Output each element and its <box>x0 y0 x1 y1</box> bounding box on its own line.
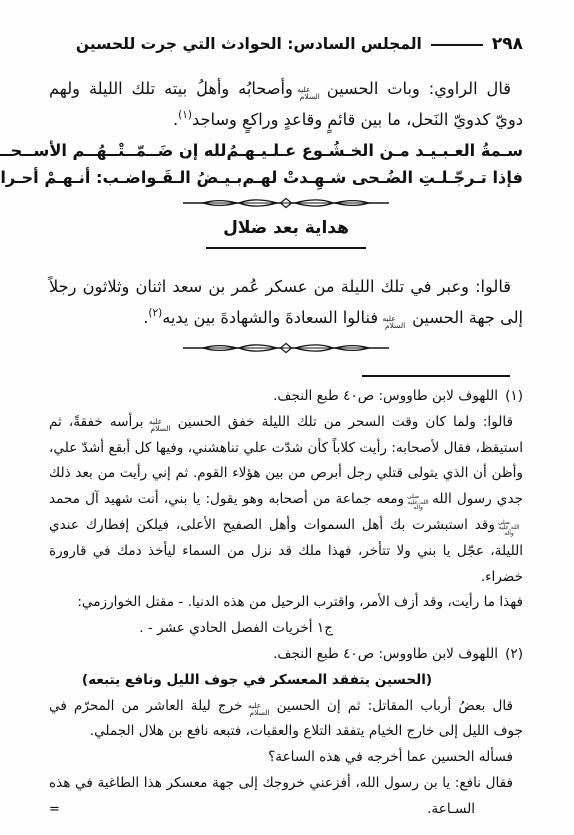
poem-line-2: فإذا تـرجّـلـتِ الضُـحى شـهِـدتْ لهـم بـ… <box>49 164 523 191</box>
footnote-1-marker: (١) <box>505 388 523 404</box>
ornamental-divider-top <box>49 196 523 210</box>
continuation-mark: = <box>49 797 60 823</box>
honorific-salawat-stamp: صلى الله عليه وآله <box>498 520 520 537</box>
footnote-2-answer: فقال نافع: يا بن رسول الله، أفزعني خروجك… <box>49 771 523 797</box>
poem-line-1: سـمةُ العـبـيـد مـن الخـشُـوع عـلـيـهـمُ… <box>49 137 523 164</box>
footnote-1-closing: فهذا ما رأيت، وقد أزف الأمر، واقترب الرح… <box>49 590 523 616</box>
footnote-2-source: اللهوف لابن طاووس: ص٤٠ طبع النجف. <box>273 646 498 662</box>
ornament-chain-icon <box>181 341 391 355</box>
page-header: ٢٩٨ المجلس السادس: الحوادث التي جرت للحس… <box>49 34 523 54</box>
ornamental-divider-bottom <box>49 341 523 355</box>
footnote-1-citation: ج١ أخريات الفصل الحادي عشر - . <box>49 616 523 642</box>
footnote-ref-1: (١) <box>178 109 192 121</box>
poem: سـمةُ العـبـيـد مـن الخـشُـوع عـلـيـهـمُ… <box>49 137 523 191</box>
footnote-2-subtitle: (الحسين يتفقد المعسكر في جوف الليل ونافع… <box>49 668 523 694</box>
paragraph-crossing: قالوا: وعبر في تلك الليلة من عسكر عُمر ب… <box>49 273 523 331</box>
footnote-2-answer-last-word: السـاعة. <box>427 797 475 823</box>
footnote-1-body-part3: ومعه جماعة من أصحابه وهو يقول: يا بني، أ… <box>49 491 404 507</box>
book-page: ٢٩٨ المجلس السادس: الحوادث التي جرت للحس… <box>0 0 574 835</box>
honorific-salawat-stamp: صلى الله عليه وآله <box>407 494 429 511</box>
footnote-1: (١)اللهوف لابن طاووس: ص٤٠ طبع النجف. قال… <box>49 384 523 642</box>
poem-line-1-right-hemistich: سـمةُ العـبـيـد مـن الخـشُـوع عـلـيـهـمُ <box>226 137 523 164</box>
footnote-2-body: قال بعضُ أرباب المقاتل: ثم إن الحسينعليه… <box>49 694 523 746</box>
footnote-ref-2: (٢) <box>148 307 162 319</box>
honorific-alayhis-salam-stamp: عليه السلام <box>381 315 409 329</box>
paragraph-narrator-lead: قال الراوي: وبات الحسين <box>327 79 511 98</box>
section-heading: هداية بعد ضلال <box>206 218 366 249</box>
footnote-2-answer-lastline: السـاعة. = <box>49 797 523 823</box>
paragraph-crossing-rest: فنالوا السعادةَ والشهادةَ بين يديه <box>162 308 378 327</box>
ornament-chain-icon <box>181 196 391 210</box>
page-content: ٢٩٨ المجلس السادس: الحوادث التي جرت للحس… <box>0 0 574 823</box>
footnote-2-question: فسأله الحسين عما أخرجه في هذه الساعة؟ <box>49 745 523 771</box>
page-number: ٢٩٨ <box>492 34 523 54</box>
poem-line-2-right-hemistich: فإذا تـرجّـلـتِ الضُـحى شـهِـدتْ لهـم <box>242 164 523 191</box>
poem-line-2-left-hemistich: بـيـضُ الـقَـواضـب: أنـهـمْ أحـرارُ <box>0 164 242 191</box>
poem-line-1-left-hemistich: لله إن ضَــمّــتْــهُــم الأســحـــارُ <box>0 137 226 164</box>
honorific-alayhis-salam-stamp: عليه السلام <box>296 86 324 100</box>
honorific-alayhis-salam-stamp: عليه السلام <box>246 702 274 716</box>
footnote-separator-rule <box>362 375 510 377</box>
section-heading-wrap: هداية بعد ضلال <box>49 218 523 249</box>
footnote-2-marker: (٢) <box>505 646 523 662</box>
paragraph-narrator: قال الراوي: وبات الحسينعليه السلاموأصحاب… <box>49 75 523 133</box>
footnote-2-body-part1: قال بعضُ أرباب المقاتل: ثم إن الحسين <box>277 698 513 714</box>
chapter-title: المجلس السادس: الحوادث التي جرت للحسين <box>76 35 422 53</box>
footnotes-section: (١)اللهوف لابن طاووس: ص٤٠ طبع النجف. قال… <box>49 384 523 823</box>
footnote-1-body-part1: قالوا: ولما كان وقت السحر من تلك الليلة … <box>178 414 513 430</box>
footnote-1-body: قالوا: ولما كان وقت السحر من تلك الليلة … <box>49 410 523 591</box>
honorific-alayhis-salam-stamp: عليه السلام <box>147 418 175 432</box>
footnote-2-source-line: (٢)اللهوف لابن طاووس: ص٤٠ طبع النجف. <box>49 642 523 668</box>
footnote-1-source-line: (١)اللهوف لابن طاووس: ص٤٠ طبع النجف. <box>49 384 523 410</box>
footnote-2: (٢)اللهوف لابن طاووس: ص٤٠ طبع النجف. (ال… <box>49 642 523 823</box>
header-rule <box>431 44 483 47</box>
footnote-1-source: اللهوف لابن طاووس: ص٤٠ طبع النجف. <box>273 388 498 404</box>
footnote-1-body-part4: وقد استبشرت بك أهل السموات وأهل الصفيح ا… <box>49 517 523 585</box>
